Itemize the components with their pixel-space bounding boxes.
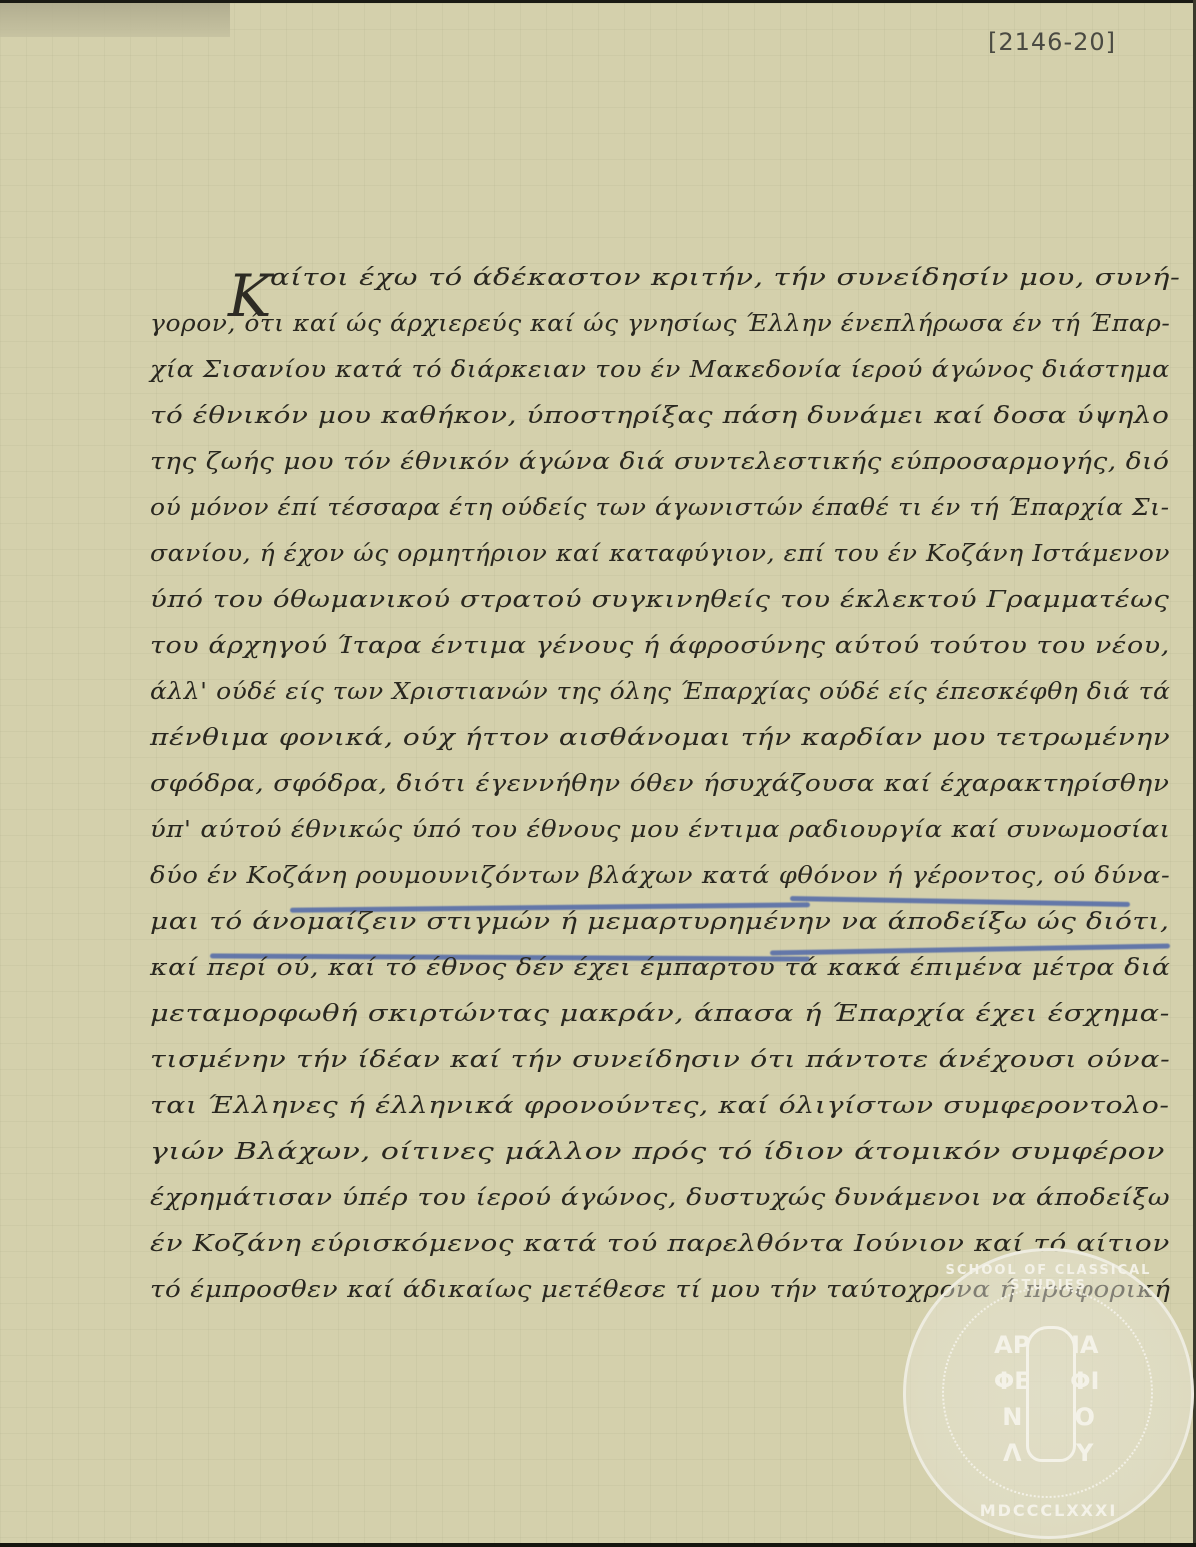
seal-ring-text-top: SCHOOL OF CLASSICAL STUDIES [906,1263,1191,1293]
text-line-10: άλλ' ούδέ είς των Χριστιανών της όλης Έπ… [150,679,1170,725]
text-line-9: του άρχηγού Ίταρα έντιμα γένους ή άφροσύ… [150,633,1170,679]
text-line-4: τό έθνικόν μου καθήκον, ύποστηρίξας πάση… [150,403,1169,449]
text-line-7: σανίου, ή έχον ώς ορμητήριον καί καταφύγ… [150,541,1170,587]
text-line-21: έχρημάτισαν ύπέρ του ίερού άγώνος, δυστυ… [150,1185,1170,1231]
text-line-12: σφόδρα, σφόδρα, διότι έγεννήθην όθεν ήσυ… [150,771,1169,817]
archive-reference: [2146-20] [988,28,1116,56]
seal-letters: Ν [976,1403,1049,1431]
text-line-8: ύπό του όθωμανικού στρατού συγκινηθείς τ… [150,587,1170,633]
text-line-17: μεταμορφωθή σκιρτώντας μακράν, άπασα ή Έ… [150,1001,1170,1047]
seal-letters: Ο [1049,1403,1122,1431]
text-line-18: τισμένην τήν ίδέαν καί τήν συνείδησιν ότ… [150,1047,1170,1093]
text-line-2: γορον, ότι καί ώς άρχιερεύς καί ώς γνησί… [150,311,1170,357]
seal-letters: ΙΑ [1049,1331,1122,1359]
text-line-11: πένθιμα φονικά, ούχ ήττον αισθάνομαι τήν… [150,725,1170,771]
seal-center-letters: ΑΡ ΙΑ ΦΕ ΦΙ Ν Ο Λ Υ [976,1331,1121,1467]
seal-letters: ΦΙ [1049,1367,1122,1395]
text-line-3: χία Σισανίου κατά τό διάρκειαν του έν Μα… [150,357,1170,403]
text-line-16: καί περί ού, καί τό έθνος δέν έχει έμπαρ… [150,955,1171,1001]
text-line-13: ύπ' αύτού έθνικώς ύπό του έθνους μου έντ… [150,817,1170,863]
text-line-1: αίτοι έχω τό άδέκαστον κριτήν, τήν συνεί… [270,265,1180,311]
scan-shadow [0,3,230,37]
seal-letters: ΑΡ [976,1331,1049,1359]
seal-letters: Υ [1049,1439,1122,1467]
seal-letters: Λ [976,1439,1049,1467]
text-line-20: γιών Βλάχων, οίτινες μάλλον πρός τό ίδιο… [150,1139,1165,1185]
scan-bottom-edge [0,1543,1196,1547]
text-line-5: της ζωής μου τόν έθνικόν άγώνα διά συντε… [150,449,1170,495]
text-line-6: ού μόνον έπί τέσσαρα έτη ούδείς των άγων… [150,495,1170,541]
seal-ring-text-bottom: MDCCCLXXXI [906,1501,1191,1520]
seal-letters: ΦΕ [976,1367,1049,1395]
archive-seal-stamp: SCHOOL OF CLASSICAL STUDIES MDCCCLXXXI Α… [903,1248,1194,1539]
text-line-19: ται Έλληνες ή έλληνικά φρονούντες, καί ό… [150,1093,1170,1139]
